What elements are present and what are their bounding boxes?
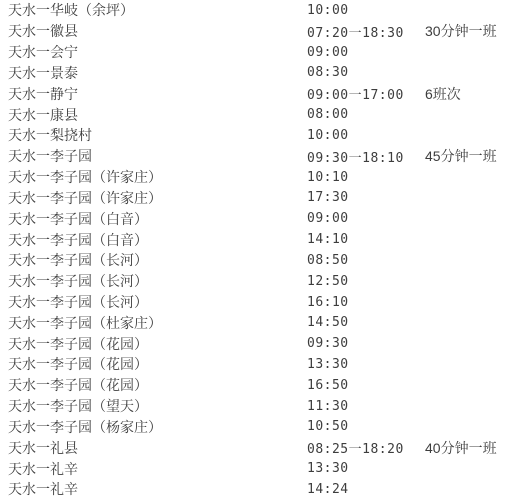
time-cell: 17:30 — [307, 190, 425, 205]
route-cell: 天水一李子园（白音） — [0, 209, 307, 229]
route-cell: 天水一徽县 — [0, 21, 307, 41]
route-cell: 天水一李子园（许家庄） — [0, 188, 307, 208]
time-cell: 14:24 — [307, 482, 425, 497]
table-row: 天水一李子园（长河） 08:50 — [0, 250, 517, 271]
note-cell: 30分钟一班 — [425, 21, 517, 41]
route-cell: 天水一华岐（余坪） — [0, 0, 307, 20]
time-cell: 16:10 — [307, 295, 425, 310]
table-row: 天水一李子园（长河） 12:50 — [0, 271, 517, 292]
route-cell: 天水一礼辛 — [0, 479, 307, 499]
table-row: 天水一李子园（长河） 16:10 — [0, 292, 517, 313]
time-cell: 14:50 — [307, 315, 425, 330]
route-cell: 天水一李子园（杜家庄） — [0, 313, 307, 333]
route-cell: 天水一静宁 — [0, 84, 307, 104]
table-row: 天水一李子园（花园） 16:50 — [0, 375, 517, 396]
time-cell: 10:50 — [307, 419, 425, 434]
route-cell: 天水一梨挠村 — [0, 125, 307, 145]
route-cell: 天水一会宁 — [0, 42, 307, 62]
time-cell: 09:00 — [307, 211, 425, 226]
table-row: 天水一景泰 08:30 — [0, 62, 517, 83]
time-cell: 13:30 — [307, 357, 425, 372]
table-row: 天水一李子园（望天） 11:30 — [0, 396, 517, 417]
table-row: 天水一梨挠村 10:00 — [0, 125, 517, 146]
route-cell: 天水一李子园（长河） — [0, 250, 307, 270]
route-cell: 天水一李子园（许家庄） — [0, 167, 307, 187]
time-cell: 08:00 — [307, 107, 425, 122]
time-cell: 12:50 — [307, 274, 425, 289]
route-cell: 天水一李子园（花园） — [0, 375, 307, 395]
table-row: 天水一李子园（许家庄） 17:30 — [0, 187, 517, 208]
table-row: 天水一李子园（花园） 13:30 — [0, 354, 517, 375]
time-cell: 14:10 — [307, 232, 425, 247]
time-cell: 08:30 — [307, 65, 425, 80]
time-cell: 09:30一18:10 — [307, 147, 425, 166]
route-cell: 天水一李子园（长河） — [0, 271, 307, 291]
route-cell: 天水一李子园（望天） — [0, 396, 307, 416]
table-row: 天水一李子园（杜家庄） 14:50 — [0, 312, 517, 333]
time-cell: 13:30 — [307, 461, 425, 476]
time-cell: 07:20一18:30 — [307, 22, 425, 41]
table-row: 天水一李子园（花园） 09:30 — [0, 333, 517, 354]
route-cell: 天水一李子园（白音） — [0, 230, 307, 250]
table-row: 天水一李子园（白音） 14:10 — [0, 229, 517, 250]
time-cell: 08:50 — [307, 253, 425, 268]
time-cell: 08:25一18:20 — [307, 438, 425, 457]
time-cell: 11:30 — [307, 399, 425, 414]
note-cell: 45分钟一班 — [425, 146, 517, 166]
time-cell: 10:00 — [307, 128, 425, 143]
table-row: 天水一礼辛 14:24 — [0, 479, 517, 500]
bus-timetable: 天水一华岐（余坪） 10:00 天水一徽县 07:20一18:30 30分钟一班… — [0, 0, 517, 500]
table-row: 天水一徽县 07:20一18:30 30分钟一班 — [0, 21, 517, 42]
time-cell: 09:30 — [307, 336, 425, 351]
time-cell: 10:00 — [307, 3, 425, 18]
table-row: 天水一李子园（许家庄） 10:10 — [0, 167, 517, 188]
table-row: 天水一会宁 09:00 — [0, 42, 517, 63]
table-row: 天水一李子园 09:30一18:10 45分钟一班 — [0, 146, 517, 167]
table-row: 天水一礼辛 13:30 — [0, 458, 517, 479]
time-cell: 16:50 — [307, 378, 425, 393]
table-row: 天水一礼县 08:25一18:20 40分钟一班 — [0, 437, 517, 458]
route-cell: 天水一礼辛 — [0, 459, 307, 479]
route-cell: 天水一康县 — [0, 105, 307, 125]
time-cell: 09:00一17:00 — [307, 84, 425, 103]
table-row: 天水一李子园（杨家庄） 10:50 — [0, 417, 517, 438]
route-cell: 天水一李子园 — [0, 146, 307, 166]
route-cell: 天水一李子园（杨家庄） — [0, 417, 307, 437]
note-cell: 6班次 — [425, 84, 517, 104]
route-cell: 天水一景泰 — [0, 63, 307, 83]
table-row: 天水一静宁 09:00一17:00 6班次 — [0, 83, 517, 104]
table-row: 天水一李子园（白音） 09:00 — [0, 208, 517, 229]
time-cell: 10:10 — [307, 170, 425, 185]
table-row: 天水一康县 08:00 — [0, 104, 517, 125]
route-cell: 天水一礼县 — [0, 438, 307, 458]
route-cell: 天水一李子园（花园） — [0, 334, 307, 354]
note-cell: 40分钟一班 — [425, 438, 517, 458]
table-row: 天水一华岐（余坪） 10:00 — [0, 0, 517, 21]
route-cell: 天水一李子园（花园） — [0, 354, 307, 374]
time-cell: 09:00 — [307, 45, 425, 60]
route-cell: 天水一李子园（长河） — [0, 292, 307, 312]
